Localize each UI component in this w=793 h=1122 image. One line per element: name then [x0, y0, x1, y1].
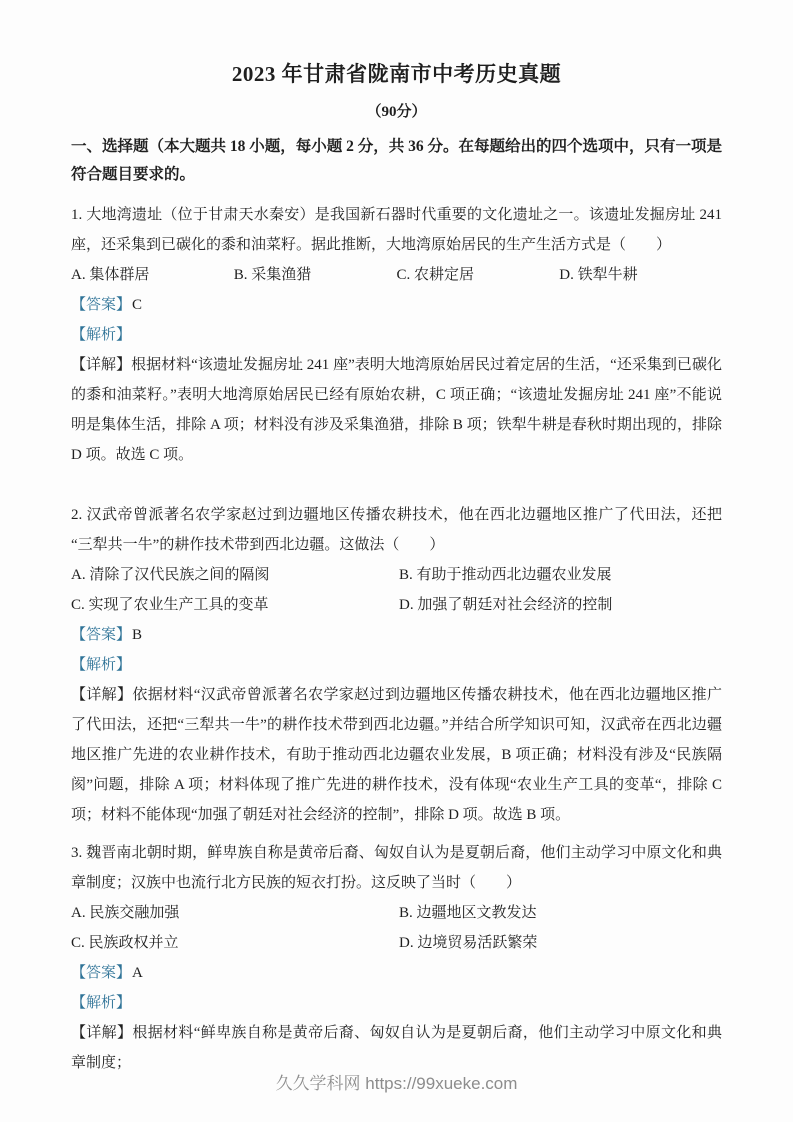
question-1-options: A. 集体群居 B. 采集渔猎 C. 农耕定居 D. 铁犁牛耕: [71, 260, 722, 290]
question-2: 2. 汉武帝曾派著名农学家赵过到边疆地区传播农耕技术，他在西北边疆地区推广了代田…: [71, 500, 722, 830]
question-3: 3. 魏晋南北朝时期，鲜卑族自称是黄帝后裔、匈奴自认为是夏朝后裔，他们主动学习中…: [71, 838, 722, 1078]
analysis-line: 【解析】: [71, 650, 722, 680]
option-a: A. 民族交融加强: [71, 898, 399, 928]
answer-value: C: [131, 297, 142, 313]
analysis-label: 【解析】: [71, 657, 131, 673]
detail-label: 【详解】: [71, 687, 132, 703]
question-3-options: A. 民族交融加强 B. 边疆地区文教发达 C. 民族政权并立 D. 边境贸易活…: [71, 898, 722, 958]
option-c: C. 民族政权并立: [71, 928, 399, 958]
answer-value: B: [131, 627, 142, 643]
analysis-label: 【解析】: [71, 995, 131, 1011]
answer-line: 【答案】C: [71, 290, 722, 320]
detail-text: 根据材料“鲜卑族自称是黄帝后裔、匈奴自认为是夏朝后裔，他们主动学习中原文化和典章…: [71, 1025, 722, 1071]
analysis-line: 【解析】: [71, 988, 722, 1018]
detail-paragraph: 【详解】根据材料“该遗址发掘房址 241 座”表明大地湾原始居民过着定居的生活，…: [71, 350, 722, 470]
answer-label: 【答案】: [71, 627, 131, 643]
option-d: D. 边境贸易活跃繁荣: [399, 928, 722, 958]
detail-paragraph: 【详解】依据材料“汉武帝曾派著名农学家赵过到边疆地区传播农耕技术，他在西北边疆地…: [71, 680, 722, 830]
question-1-stem: 1. 大地湾遗址（位于甘肃天水秦安）是我国新石器时代重要的文化遗址之一。该遗址发…: [71, 200, 722, 260]
option-a: A. 清除了汉代民族之间的隔阂: [71, 560, 399, 590]
question-3-stem: 3. 魏晋南北朝时期，鲜卑族自称是黄帝后裔、匈奴自认为是夏朝后裔，他们主动学习中…: [71, 838, 722, 898]
option-c: C. 实现了农业生产工具的变革: [71, 590, 399, 620]
option-a: A. 集体群居: [71, 260, 234, 290]
total-score: （90分）: [71, 101, 722, 123]
detail-text: 依据材料“汉武帝曾派著名农学家赵过到边疆地区传播农耕技术，他在西北边疆地区推广了…: [71, 687, 722, 823]
answer-line: 【答案】B: [71, 620, 722, 650]
page-title: 2023 年甘肃省陇南市中考历史真题: [71, 58, 722, 90]
question-1: 1. 大地湾遗址（位于甘肃天水秦安）是我国新石器时代重要的文化遗址之一。该遗址发…: [71, 200, 722, 470]
option-d: D. 加强了朝廷对社会经济的控制: [399, 590, 722, 620]
answer-value: A: [131, 965, 143, 981]
detail-label: 【详解】: [71, 357, 131, 373]
option-b: B. 有助于推动西北边疆农业发展: [399, 560, 722, 590]
option-c: C. 农耕定居: [397, 260, 560, 290]
detail-label: 【详解】: [71, 1025, 132, 1041]
section-header: 一、选择题（本大题共 18 小题，每小题 2 分，共 36 分。在每题给出的四个…: [71, 133, 722, 189]
question-2-options: A. 清除了汉代民族之间的隔阂 B. 有助于推动西北边疆农业发展 C. 实现了农…: [71, 560, 722, 620]
watermark-footer: 久久学科网 https://99xueke.com: [0, 1069, 793, 1094]
analysis-line: 【解析】: [71, 320, 722, 350]
option-b: B. 采集渔猎: [234, 260, 397, 290]
exam-page: 2023 年甘肃省陇南市中考历史真题 （90分） 一、选择题（本大题共 18 小…: [0, 0, 793, 1078]
option-b: B. 边疆地区文教发达: [399, 898, 722, 928]
answer-label: 【答案】: [71, 297, 131, 313]
analysis-label: 【解析】: [71, 327, 131, 343]
answer-label: 【答案】: [71, 965, 131, 981]
question-2-stem: 2. 汉武帝曾派著名农学家赵过到边疆地区传播农耕技术，他在西北边疆地区推广了代田…: [71, 500, 722, 560]
answer-line: 【答案】A: [71, 958, 722, 988]
option-d: D. 铁犁牛耕: [559, 260, 722, 290]
detail-text: 根据材料“该遗址发掘房址 241 座”表明大地湾原始居民过着定居的生活，“还采集…: [71, 357, 722, 463]
